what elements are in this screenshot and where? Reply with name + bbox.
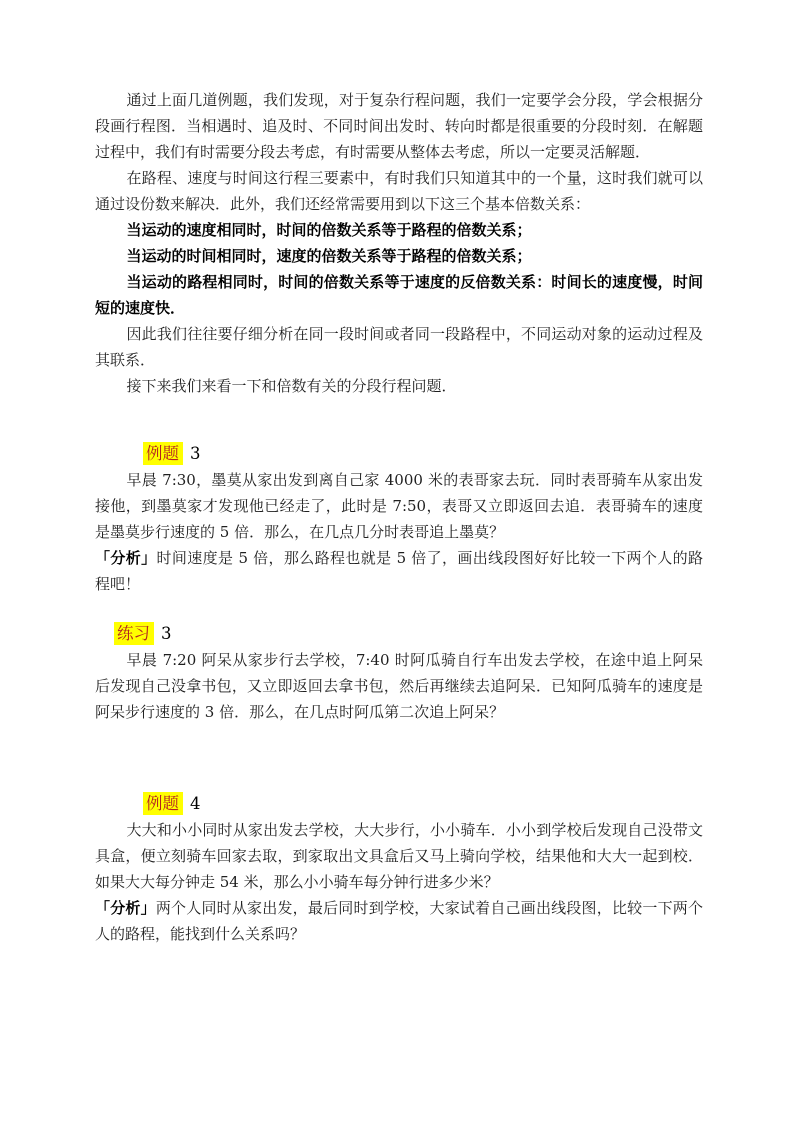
example-4-highlight-label: 例题	[143, 792, 183, 815]
rule-same-speed: 当运动的速度相同时，时间的倍数关系等于路程的倍数关系；	[95, 217, 703, 243]
example-3-analysis-label: 「分析」	[95, 549, 156, 567]
practice-3-number: 3	[161, 624, 172, 643]
example-4-number: 4	[190, 794, 201, 813]
rule-same-time: 当运动的时间相同时，速度的倍数关系等于路程的倍数关系；	[95, 243, 703, 269]
rule-same-distance: 当运动的路程相同时，时间的倍数关系等于速度的反倍数关系：时间长的速度慢，时间短的…	[95, 269, 703, 321]
example-4-analysis-label: 「分析」	[95, 899, 156, 917]
example-3-problem: 早晨 7:30，墨莫从家出发到离自己家 4000 米的表哥家去玩．同时表哥骑车从…	[95, 467, 703, 545]
intro-paragraph-4: 接下来我们来看一下和倍数有关的分段行程问题．	[95, 373, 703, 399]
example-4-analysis-text: 两个人同时从家出发，最后同时到学校，大家试着自己画出线段图，比较一下两个人的路程…	[95, 899, 703, 943]
intro-paragraph-1: 通过上面几道例题，我们发现，对于复杂行程问题，我们一定要学会分段，学会根据分段画…	[95, 87, 703, 165]
practice-3-heading: 练习3	[95, 621, 703, 647]
example-3-analysis-text: 时间速度是 5 倍，那么路程也就是 5 倍了，画出线段图好好比较一下两个人的路程…	[95, 549, 703, 593]
intro-paragraph-3: 因此我们往往要仔细分析在同一段时间或者同一段路程中，不同运动对象的运动过程及其联…	[95, 321, 703, 373]
document-page: 通过上面几道例题，我们发现，对于复杂行程问题，我们一定要学会分段，学会根据分段画…	[0, 0, 793, 1122]
document-content: 通过上面几道例题，我们发现，对于复杂行程问题，我们一定要学会分段，学会根据分段画…	[95, 87, 703, 947]
example-3-number: 3	[190, 444, 201, 463]
example-3-highlight-label: 例题	[143, 442, 183, 465]
practice-3-highlight-label: 练习	[114, 622, 154, 645]
intro-paragraph-2: 在路程、速度与时间这行程三要素中，有时我们只知道其中的一个量，这时我们就可以通过…	[95, 165, 703, 217]
example-4-heading: 例题4	[95, 791, 703, 817]
practice-3-problem: 早晨 7:20 阿呆从家步行去学校，7:40 时阿瓜骑自行车出发去学校，在途中追…	[95, 647, 703, 725]
example-3-heading: 例题3	[95, 441, 703, 467]
example-4-analysis: 「分析」两个人同时从家出发，最后同时到学校，大家试着自己画出线段图，比较一下两个…	[95, 895, 703, 947]
example-4-problem: 大大和小小同时从家出发去学校，大大步行，小小骑车．小小到学校后发现自己没带文具盒…	[95, 817, 703, 895]
example-3-analysis: 「分析」时间速度是 5 倍，那么路程也就是 5 倍了，画出线段图好好比较一下两个…	[95, 545, 703, 597]
